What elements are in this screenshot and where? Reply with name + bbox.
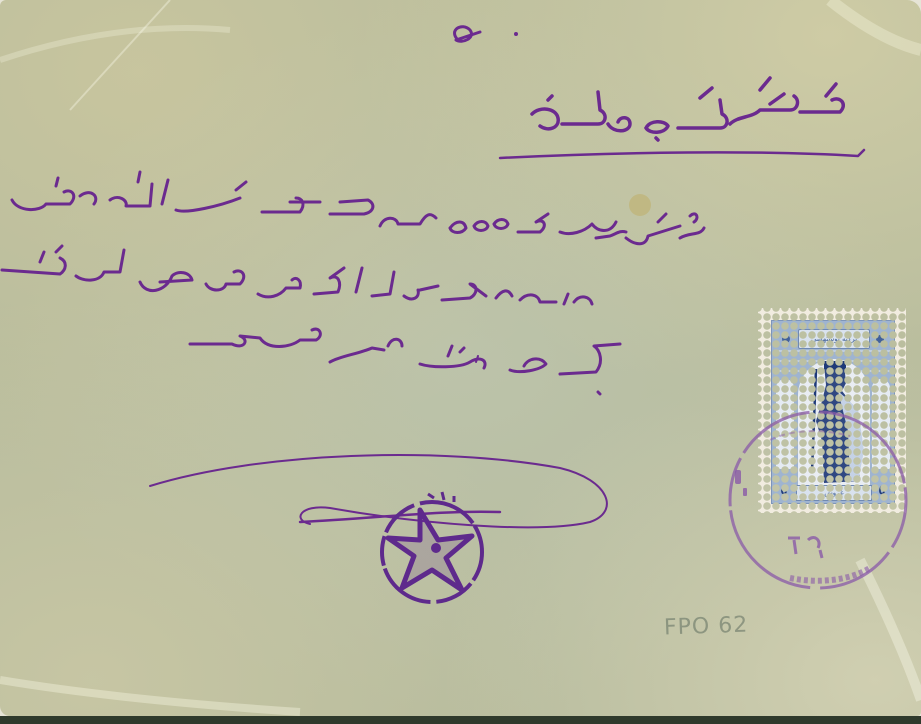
- pencil-note: FPO 62: [664, 613, 749, 641]
- circular-postmark: [0, 0, 921, 724]
